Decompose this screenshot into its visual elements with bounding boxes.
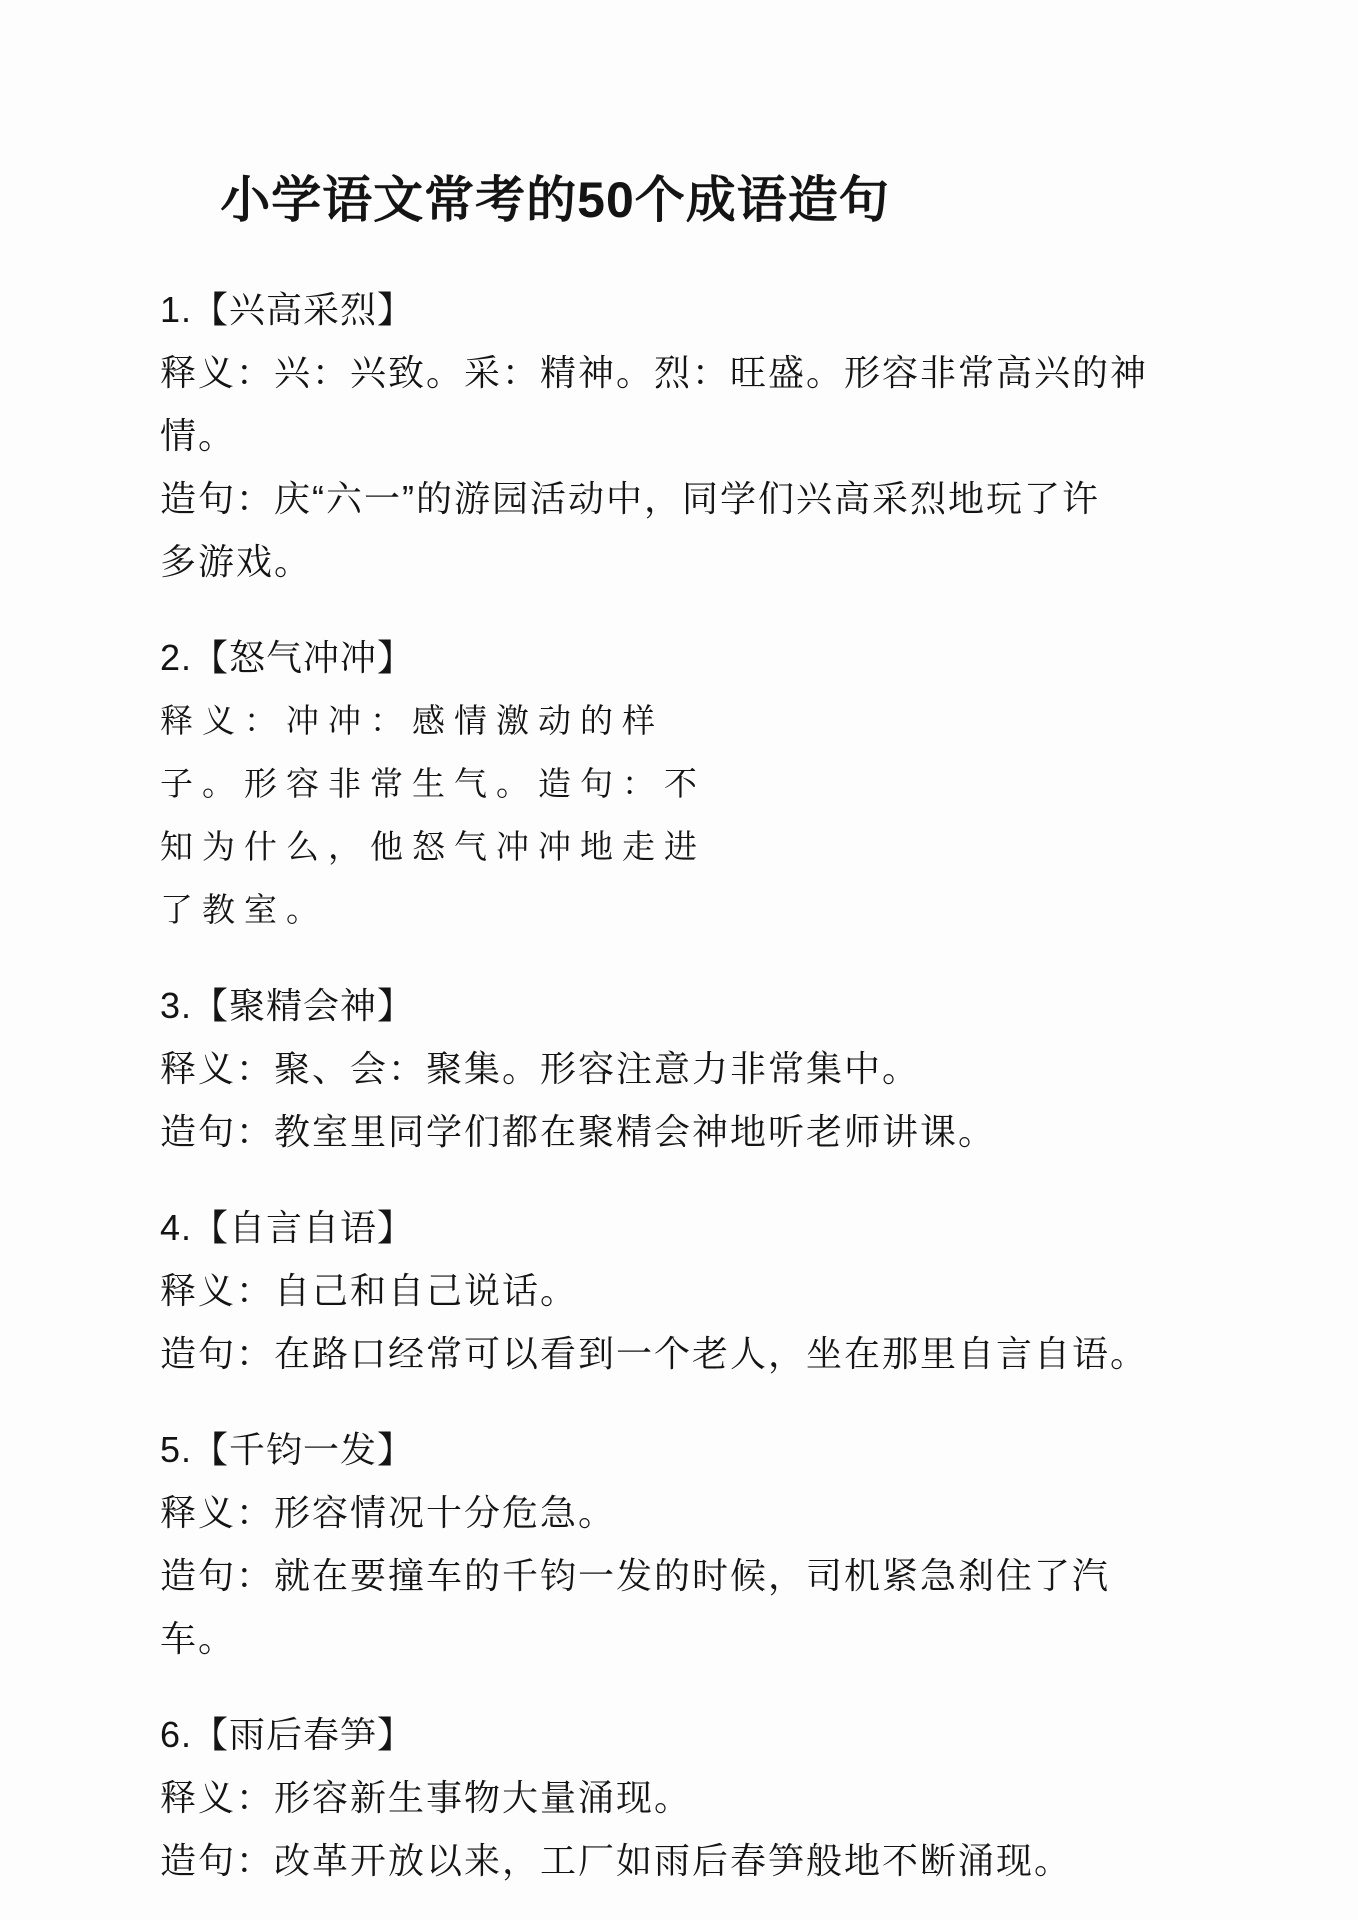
idiom-entry-1: 1.【兴高采烈】 释义：兴：兴致。采：精神。烈：旺盛。形容非常高兴的神 情。 造… <box>160 278 1358 593</box>
idiom-entry-5-body: 释义：形容情况十分危急。 造句：就在要撞车的千钧一发的时候，司机紧急刹住了汽 车… <box>160 1481 1358 1670</box>
idiom-entry-6-header: 6.【雨后春笋】 <box>160 1703 1358 1766</box>
idiom-entry-1-body: 释义：兴：兴致。采：精神。烈：旺盛。形容非常高兴的神 情。 造句：庆“六一”的游… <box>160 341 1358 593</box>
document-page: 小学语文常考的50个成语造句 1.【兴高采烈】 释义：兴：兴致。采：精神。烈：旺… <box>0 0 1358 1920</box>
idiom-entry-2-body: 释义：冲冲：感情激动的样 子。形容非常生气。造句：不 知为什么，他怒气冲冲地走进… <box>160 689 1358 941</box>
idiom-entry-2: 2.【怒气冲冲】 释义：冲冲：感情激动的样 子。形容非常生气。造句：不 知为什么… <box>160 626 1358 941</box>
idiom-entry-5: 5.【千钧一发】 释义：形容情况十分危急。 造句：就在要撞车的千钧一发的时候，司… <box>160 1418 1358 1670</box>
idiom-entry-5-header: 5.【千钧一发】 <box>160 1418 1358 1481</box>
idiom-entry-3-header: 3.【聚精会神】 <box>160 974 1358 1037</box>
idiom-entry-3: 3.【聚精会神】 释义：聚、会：聚集。形容注意力非常集中。 造句：教室里同学们都… <box>160 974 1358 1163</box>
idiom-entry-4: 4.【自言自语】 释义：自己和自己说话。 造句：在路口经常可以看到一个老人，坐在… <box>160 1196 1358 1385</box>
idiom-entry-4-header: 4.【自言自语】 <box>160 1196 1358 1259</box>
idiom-entry-4-body: 释义：自己和自己说话。 造句：在路口经常可以看到一个老人，坐在那里自言自语。 <box>160 1259 1358 1385</box>
page-title: 小学语文常考的50个成语造句 <box>160 168 950 232</box>
idiom-entry-3-body: 释义：聚、会：聚集。形容注意力非常集中。 造句：教室里同学们都在聚精会神地听老师… <box>160 1037 1358 1163</box>
idiom-entry-1-header: 1.【兴高采烈】 <box>160 278 1358 341</box>
idiom-entry-6-body: 释义：形容新生事物大量涌现。 造句：改革开放以来，工厂如雨后春笋般地不断涌现。 <box>160 1766 1358 1892</box>
idiom-entry-2-header: 2.【怒气冲冲】 <box>160 626 1358 689</box>
idiom-entry-6: 6.【雨后春笋】 释义：形容新生事物大量涌现。 造句：改革开放以来，工厂如雨后春… <box>160 1703 1358 1892</box>
